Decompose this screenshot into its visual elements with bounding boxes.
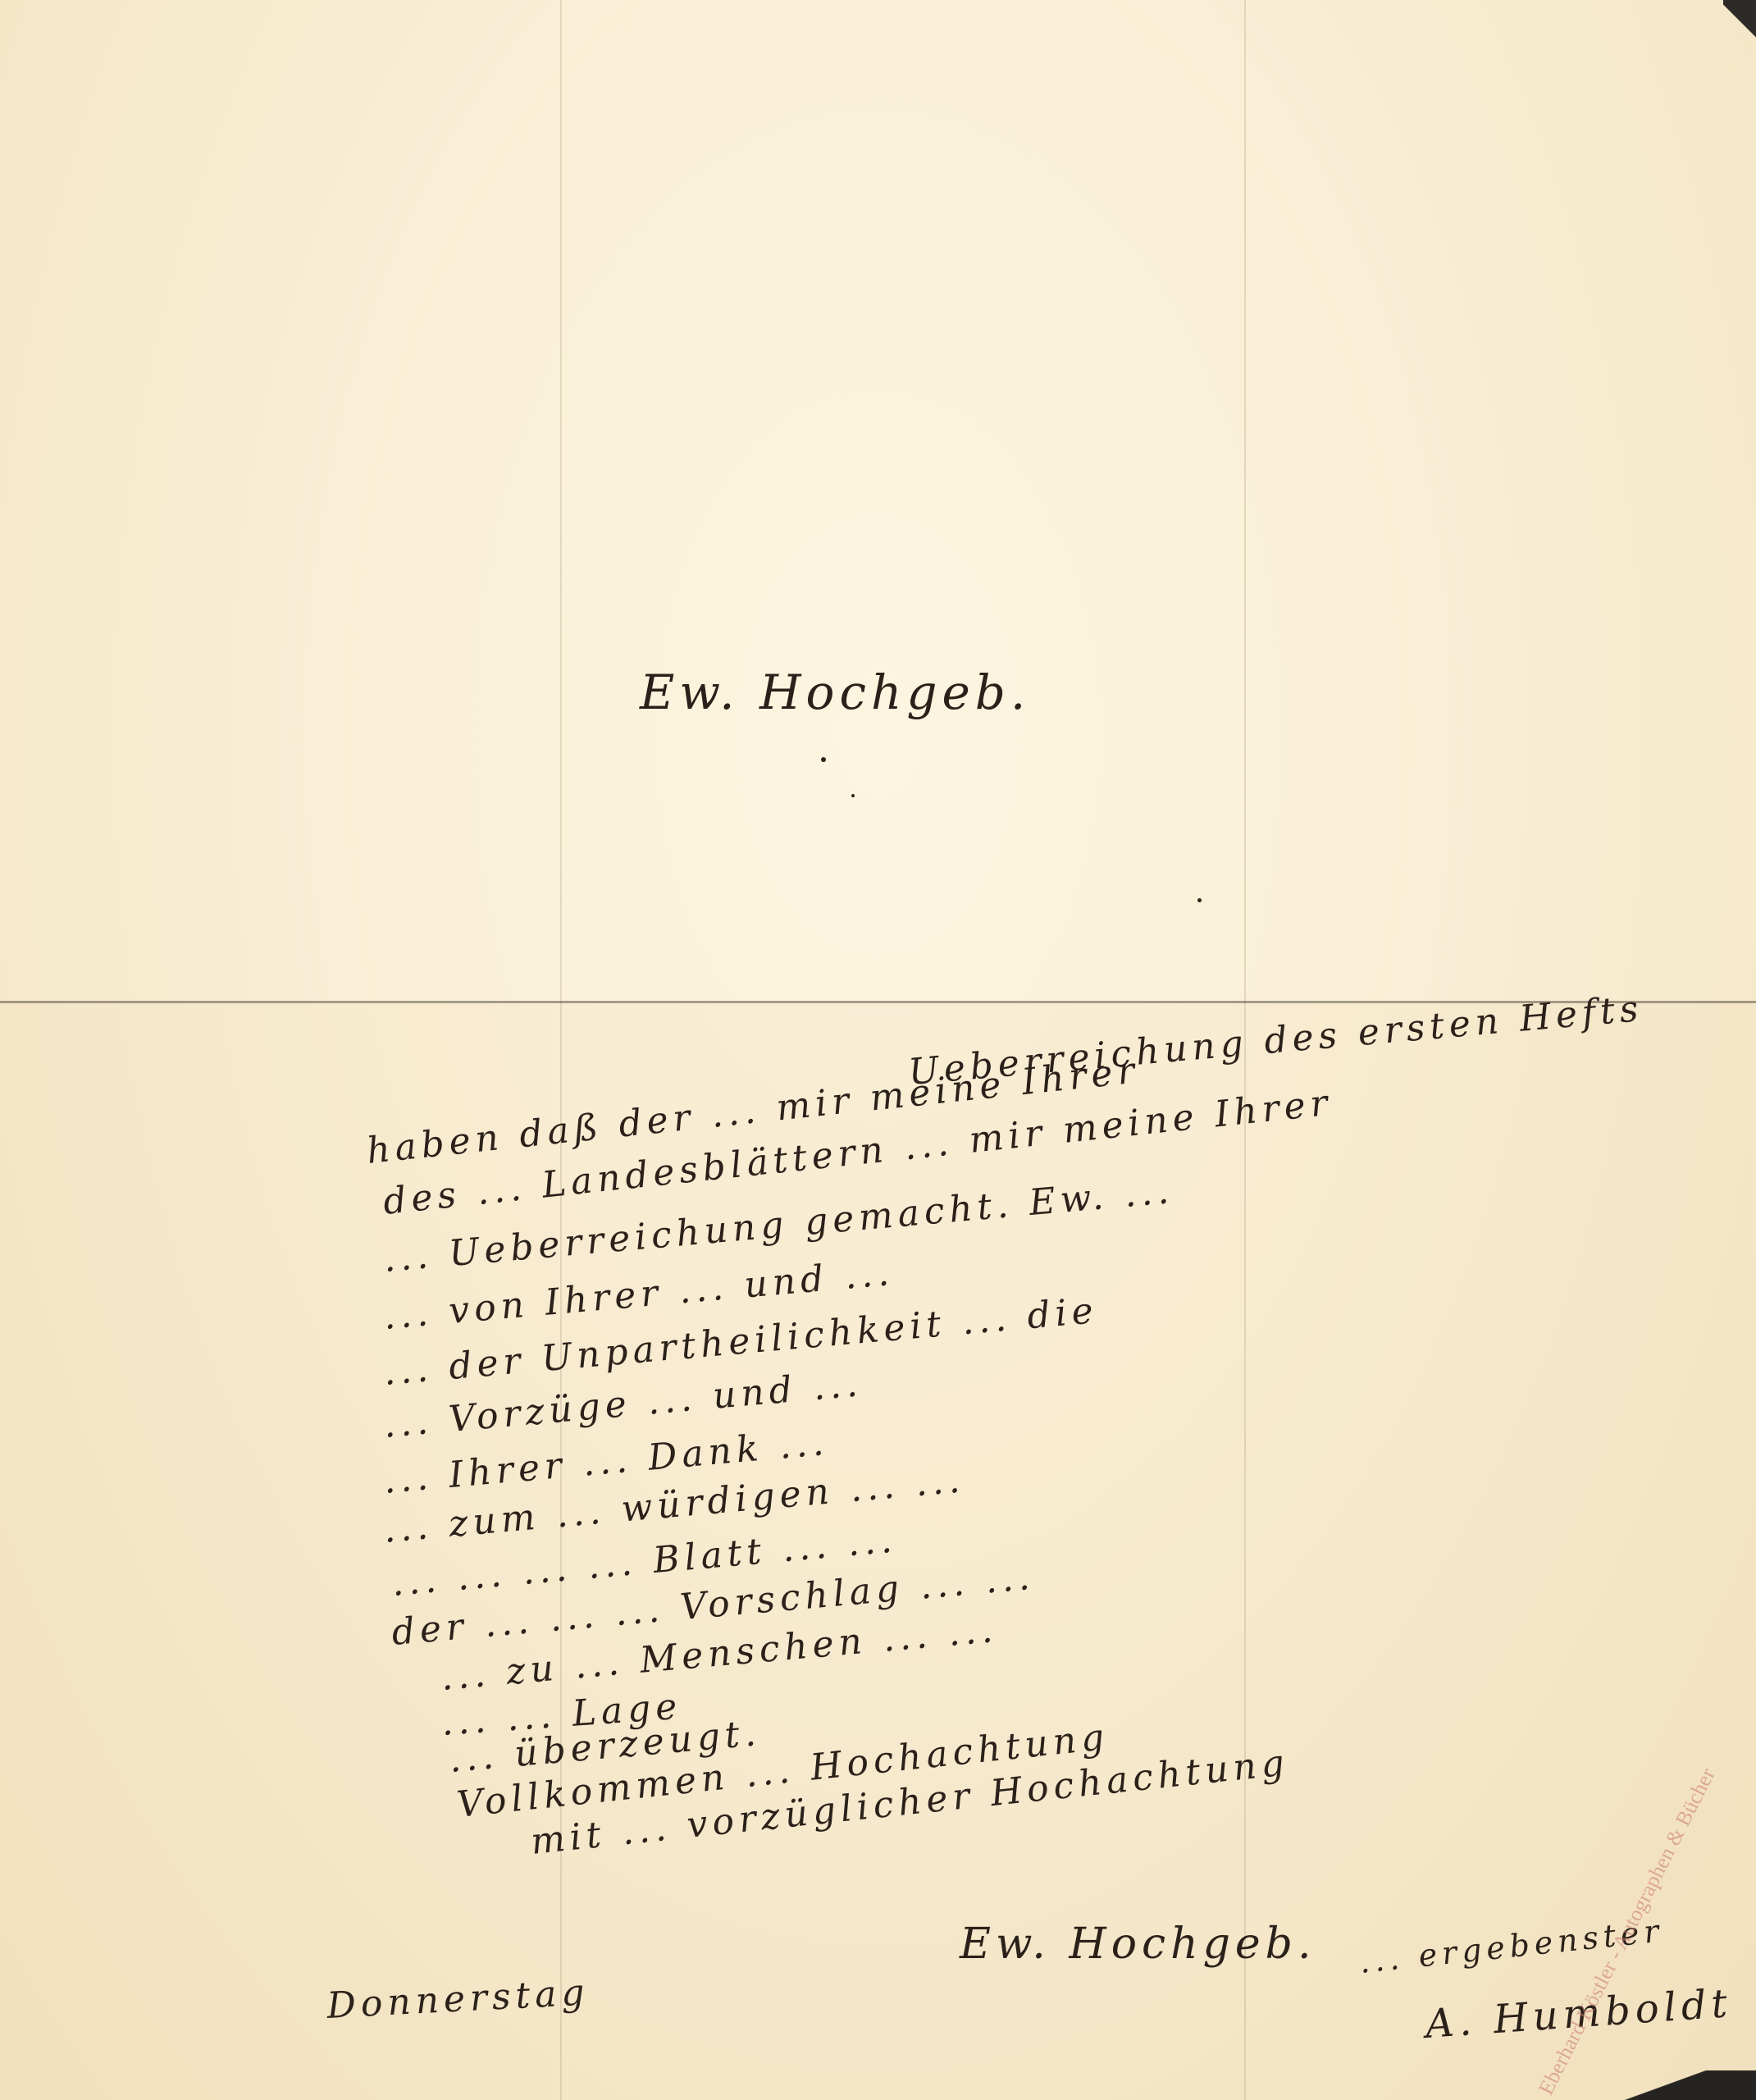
salutation: Ew. Hochgeb. xyxy=(640,664,1030,720)
letter-sheet: Ew. Hochgeb. Ueberreichung des ersten He… xyxy=(0,0,1756,2100)
ink-dot xyxy=(851,794,855,797)
closing: Ew. Hochgeb. xyxy=(960,1920,1316,1969)
scan-background-edge xyxy=(1617,2070,1756,2100)
scan-background-corner xyxy=(1723,0,1756,49)
ink-dot xyxy=(1197,898,1202,902)
ink-dot xyxy=(821,757,826,762)
